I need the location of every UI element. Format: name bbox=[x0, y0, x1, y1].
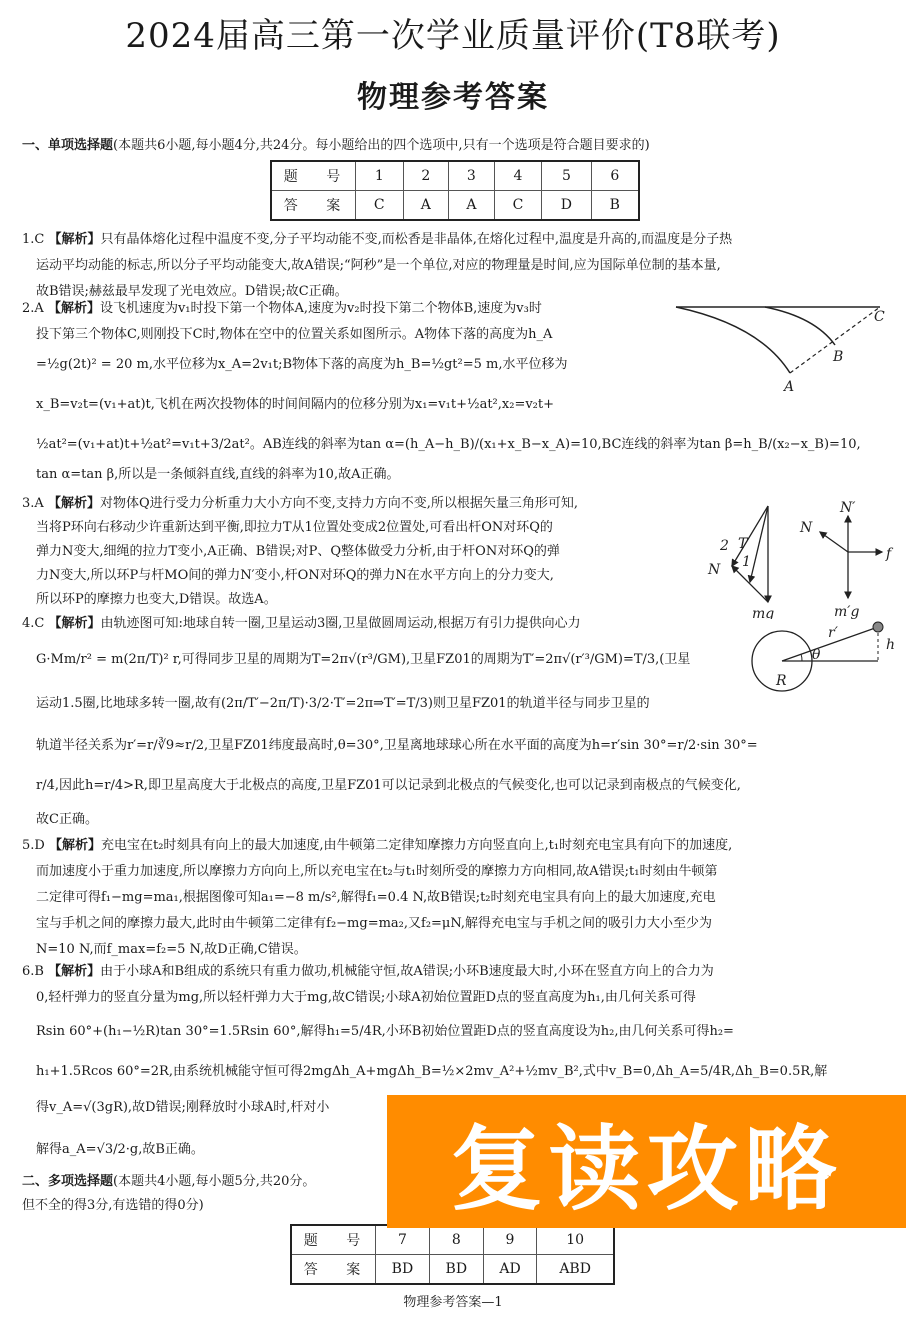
question-text: 0,轻杆弹力的竖直分量为mg,所以轻杆弹力大于mg,故C错误;小球A初始位置距D… bbox=[36, 988, 696, 1008]
question-text: r/4,因此h=r/4>R,即卫星高度大于北极点的高度,卫星FZ01可以记录到北… bbox=[36, 776, 741, 796]
label-b: B bbox=[832, 349, 843, 365]
table-cell: A bbox=[449, 191, 495, 221]
label-t: T bbox=[738, 536, 749, 552]
question-text: 对物体Q进行受力分析重力大小方向不变,支持力方向不变,所以根据矢量三角形可知, bbox=[100, 496, 578, 511]
section2-heading: 二、多项选择题 bbox=[22, 1174, 113, 1189]
question-number: 5.D bbox=[22, 838, 45, 853]
question-text: 运动1.5圈,比地球多转一圈,故有(2π/T′−2π/T)·3/2·T′=2π⇒… bbox=[36, 694, 650, 714]
label-f: f bbox=[885, 546, 894, 562]
label-n: N bbox=[707, 562, 721, 578]
question-number: 2.A bbox=[22, 301, 44, 316]
question-text: x_B=v₂t=(v₁+at)t,飞机在两次投物体的时间间隔内的位移分别为x₁=… bbox=[36, 395, 554, 415]
table-cell: 9 bbox=[483, 1225, 537, 1255]
section1-heading: 一、单项选择题 bbox=[22, 138, 113, 153]
question-text: N=10 N,而f_max=f₂=5 N,故D正确,C错误。 bbox=[36, 940, 307, 960]
section1-description: (本题共6小题,每小题4分,共24分。每小题给出的四个选项中,只有一个选项是符合… bbox=[113, 138, 650, 153]
analysis-tag: 【解析】 bbox=[49, 232, 101, 247]
label-theta: θ bbox=[812, 647, 821, 663]
page-footer: 物理参考答案—1 bbox=[0, 1291, 906, 1310]
question-number: 3.A bbox=[22, 496, 44, 511]
question-text: 当将P环向右移动少许重新达到平衡,即拉力T从1位置处变成2位置处,可看出杆ON对… bbox=[36, 518, 553, 538]
table-cell: C bbox=[356, 191, 404, 221]
table-cell: 5 bbox=[542, 161, 591, 191]
answer-table-2: 题 号 7 8 9 10 答 案 BD BD AD ABD bbox=[290, 1224, 615, 1285]
question-text: 所以环P的摩擦力也变大,D错误。故选A。 bbox=[36, 590, 277, 610]
label-2: 2 bbox=[719, 538, 729, 554]
question-text: tan α=tan β,所以是一条倾斜直线,直线的斜率为10,故A正确。 bbox=[36, 465, 399, 485]
question-text: 宝与手机之间的摩擦力最大,此时由牛顿第二定律有f₂−mg=ma₂,又f₂=μN,… bbox=[36, 914, 712, 934]
document-title: 2024届高三第一次学业质量评价(T8联考) bbox=[0, 8, 906, 57]
label-r: R bbox=[775, 673, 787, 689]
section2-description-line2: 但不全的得3分,有选错的得0分) bbox=[22, 1196, 204, 1216]
question-text: 设飞机速度为v₁时投下第一个物体A,速度为v₂时投下第二个物体B,速度为v₃时 bbox=[100, 301, 542, 316]
table-cell: 4 bbox=[494, 161, 542, 191]
table-cell: B bbox=[591, 191, 639, 221]
table-cell: A bbox=[403, 191, 449, 221]
analysis-tag: 【解析】 bbox=[48, 301, 100, 316]
table-cell: ABD bbox=[537, 1255, 614, 1285]
question-number: 6.B bbox=[22, 964, 44, 979]
orbit-diagram: r′ h θ R bbox=[740, 615, 906, 710]
section2-description: (本题共4小题,每小题5分,共20分。 bbox=[113, 1174, 315, 1189]
question-text: 由轨迹图可知:地球自转一圈,卫星运动3圈,卫星做圆周运动,根据万有引力提供向心力 bbox=[101, 616, 581, 631]
table-cell: 6 bbox=[591, 161, 639, 191]
watermark-banner: 复读攻略 bbox=[387, 1095, 906, 1228]
question-text: 力N变大,所以环P与杆MO间的弹力N′变小,杆ON对环Q的弹力N在水平方向上的分… bbox=[36, 566, 554, 586]
document-subtitle: 物理参考答案 bbox=[0, 72, 906, 116]
label-h: h bbox=[886, 637, 895, 653]
label-r-prime: r′ bbox=[828, 625, 839, 641]
table-cell: BD bbox=[376, 1255, 430, 1285]
table-cell: 10 bbox=[537, 1225, 614, 1255]
question-text: 解得a_A=√3/2·g,故B正确。 bbox=[36, 1140, 204, 1160]
table-row-numbers: 题 号 7 8 9 10 bbox=[291, 1225, 614, 1255]
row-label-number: 题 号 bbox=[291, 1225, 376, 1255]
table-cell: 8 bbox=[429, 1225, 483, 1255]
analysis-tag: 【解析】 bbox=[48, 496, 100, 511]
question-text: 二定律可得f₁−mg=ma₁,根据图像可知a₁=−8 m/s²,解得f₁=0.4… bbox=[36, 888, 716, 908]
projectile-diagram: C B A bbox=[670, 295, 906, 400]
table-cell: 1 bbox=[356, 161, 404, 191]
table-cell: BD bbox=[429, 1255, 483, 1285]
row-label-answer: 答 案 bbox=[271, 191, 356, 221]
label-1: 1 bbox=[742, 554, 751, 570]
question-number: 1.C bbox=[22, 232, 44, 247]
answer-table-1: 题 号 1 2 3 4 5 6 答 案 C A A C D B bbox=[270, 160, 640, 221]
label-c: C bbox=[874, 309, 885, 325]
table-cell: 2 bbox=[403, 161, 449, 191]
question-text: 得v_A=√(3gR),故D错误;刚释放时小球A时,杆对小 bbox=[36, 1098, 329, 1118]
question-text: 故C正确。 bbox=[36, 810, 98, 830]
question-text: 弹力N变大,细绳的拉力T变小,A正确、B错误;对P、Q整体做受力分析,由于杆ON… bbox=[36, 542, 560, 562]
table-row-answers: 答 案 C A A C D B bbox=[271, 191, 639, 221]
watermark-text: 复读攻略 bbox=[450, 1096, 842, 1228]
question-text: 由于小球A和B组成的系统只有重力做功,机械能守恒,故A错误;小环B速度最大时,小… bbox=[100, 964, 714, 979]
section2-heading-row: 二、多项选择题(本题共4小题,每小题5分,共20分。 bbox=[22, 1172, 315, 1192]
section1-heading-row: 一、单项选择题(本题共6小题,每小题4分,共24分。每小题给出的四个选项中,只有… bbox=[22, 136, 650, 156]
table-cell: AD bbox=[483, 1255, 537, 1285]
question-text: 轨道半径关系为r′=r/∛9≈r/2,卫星FZ01纬度最高时,θ=30°,卫星离… bbox=[36, 736, 758, 756]
label-a: A bbox=[782, 379, 794, 395]
analysis-tag: 【解析】 bbox=[48, 964, 100, 979]
table-cell: 7 bbox=[376, 1225, 430, 1255]
question-text: 投下第三个物体C,则刚投下C时,物体在空中的位置关系如图所示。A物体下落的高度为… bbox=[36, 325, 552, 345]
table-row-answers: 答 案 BD BD AD ABD bbox=[291, 1255, 614, 1285]
table-cell: C bbox=[494, 191, 542, 221]
row-label-number: 题 号 bbox=[271, 161, 356, 191]
question-text: h₁+1.5Rcos 60°=2R,由系统机械能守恒可得2mgΔh_A+mgΔh… bbox=[36, 1062, 827, 1082]
label-n2: N bbox=[799, 520, 813, 536]
question-text: ½at²=(v₁+at)t+½at²=v₁t+3/2at²。AB连线的斜率为ta… bbox=[36, 435, 861, 455]
row-label-answer: 答 案 bbox=[291, 1255, 376, 1285]
question-number: 4.C bbox=[22, 616, 44, 631]
table-cell: D bbox=[542, 191, 591, 221]
question-text: G·Mm/r² = m(2π/T)² r,可得同步卫星的周期为T=2π√(r³/… bbox=[36, 650, 690, 670]
analysis-tag: 【解析】 bbox=[49, 838, 101, 853]
question-text: Rsin 60°+(h₁−½R)tan 30°=1.5Rsin 60°,解得h₁… bbox=[36, 1022, 734, 1042]
force-diagram: 2 T 1 N mg N′ N f m′g bbox=[700, 494, 906, 619]
question-text: 充电宝在t₂时刻具有向上的最大加速度,由牛顿第二定律知摩擦力方向竖直向上,t₁时… bbox=[101, 838, 732, 853]
table-row-numbers: 题 号 1 2 3 4 5 6 bbox=[271, 161, 639, 191]
label-n-prime: N′ bbox=[839, 500, 856, 516]
question-text: 只有晶体熔化过程中温度不变,分子平均动能不变,而松香是非晶体,在熔化过程中,温度… bbox=[101, 232, 733, 247]
question-text: =½g(2t)² = 20 m,水平位移为x_A=2v₁t;B物体下落的高度为h… bbox=[36, 355, 567, 375]
question-text: 而加速度小于重力加速度,所以摩擦力方向向上,所以充电宝在t₂与t₁时刻所受的摩擦… bbox=[36, 862, 717, 882]
table-cell: 3 bbox=[449, 161, 495, 191]
question-text: 运动平均动能的标志,所以分子平均动能变大,故A错误;“阿秒”是一个单位,对应的物… bbox=[36, 256, 721, 276]
analysis-tag: 【解析】 bbox=[49, 616, 101, 631]
